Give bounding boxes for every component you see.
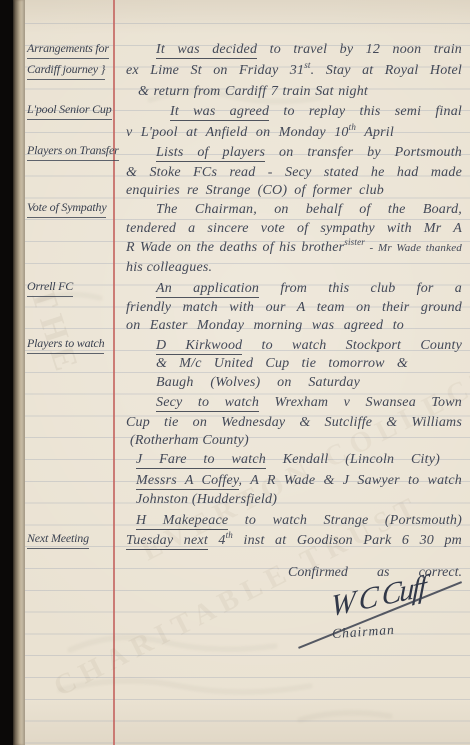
minute-book-page: THE EVERTON COLLECTION CHARITABLE TRUST … [0,0,470,745]
handwriting-text: R Wade on the deaths of his brother [126,240,344,255]
handwriting-text: (Rotherham County) [130,433,249,448]
margin-label: Next Meeting [27,530,89,549]
handwriting-line: Messrs A Coffey, A R Wade & J Sawyer to … [136,471,462,491]
handwriting-text: friendly match with our A team on their … [126,300,462,315]
underlined-phrase: H Makepeace [136,513,228,530]
handwriting-line: his colleagues. [126,258,266,278]
underlined-phrase: J Fare to watch [136,452,266,469]
handwriting-text: to watch Strange (Portsmouth) [228,513,462,528]
handwriting-text: to replay this semi final [269,104,462,119]
handwriting-line: R Wade on the deaths of his brothersiste… [126,238,462,258]
handwriting-text: 4 [208,533,226,548]
underlined-phrase: Tuesday next [126,533,208,550]
handwriting-text: - Mr Wade thanked [365,242,462,254]
underlined-phrase: It was agreed [170,104,269,121]
handwriting-text: v L'pool at Anfield on Monday 10 [126,125,349,140]
handwriting-line: An application from this club for a [156,279,462,299]
handwriting-line: D Kirkwood to watch Stockport County [156,336,462,356]
handwriting-line: on Easter Monday morning was agreed to [126,316,404,336]
handwriting-text: on transfer by Portsmouth [265,145,462,160]
handwriting-text: st [304,60,310,70]
handwriting-text: , A R Wade & J Sawyer to watch [239,473,462,488]
handwriting-text: & Stoke FCs read - Secy stated he had ma… [126,165,462,180]
handwriting-text: & M/c United Cup tie tomorrow & [156,356,408,371]
book-spine-edge [0,0,13,745]
handwriting-line: Baugh (Wolves) on Saturday [156,373,360,393]
handwriting-line: Lists of players on transfer by Portsmou… [156,143,462,163]
handwriting-line: friendly match with our A team on their … [126,298,462,318]
handwriting-text: ex Lime St on Friday 31 [126,63,304,78]
scanned-minute-book-screenshot: THE EVERTON COLLECTION CHARITABLE TRUST … [0,0,470,745]
handwriting-line: Secy to watch Wrexham v Swansea Town [156,393,462,413]
handwriting-text: his colleagues. [126,260,212,275]
handwriting-line: enquiries re Strange (CO) of former club [126,181,384,201]
underlined-phrase: Lists of players [156,145,265,162]
handwriting-line: (Rotherham County) [130,431,290,451]
handwriting-text: Johnston (Huddersfield) [136,492,277,507]
handwriting-line: It was decided to travel by 12 noon trai… [156,40,462,60]
underlined-phrase: Secy to watch [156,395,259,412]
margin-label: Players on Transfer [27,142,119,161]
handwriting-line: Cup tie on Wednesday & Sutcliffe & Willi… [126,413,462,433]
underlined-phrase: Messrs A Coffey [136,473,239,490]
handwriting-line: v L'pool at Anfield on Monday 10th April [126,123,394,143]
handwriting-text: to watch Stockport County [242,338,462,353]
handwriting-text: Cup tie on Wednesday & Sutcliffe & Willi… [126,415,462,430]
underlined-phrase: D Kirkwood [156,338,242,355]
handwriting-line: Johnston (Huddersfield) [136,490,336,510]
handwriting-text: The Chairman, on behalf of the Board, [156,202,462,217]
handwriting-text: inst at Goodison Park 6 30 pm [233,533,462,548]
handwriting-line: The Chairman, on behalf of the Board, [156,200,462,220]
handwriting-text: th [226,530,233,540]
margin-label: Vote of Sympathy [27,199,106,218]
underlined-phrase: An application [156,281,259,298]
margin-label: L'pool Senior Cup [27,101,112,120]
handwriting-text: Kendall (Lincoln City) [266,452,440,467]
handwriting-line: & Stoke FCs read - Secy stated he had ma… [126,163,462,183]
handwriting-line: J Fare to watch Kendall (Lincoln City) [136,450,440,470]
handwriting-text: & return from Cardiff 7 train Sat night [138,84,368,99]
handwriting-text: Wrexham v Swansea Town [259,395,462,410]
handwriting-text: sister [344,237,365,247]
handwriting-line: It was agreed to replay this semi final [170,102,462,122]
handwriting-line: ex Lime St on Friday 31st. Stay at Royal… [126,61,462,81]
handwriting-line: H Makepeace to watch Strange (Portsmouth… [136,511,462,531]
handwriting-line: tendered a sincere vote of sympathy with… [126,219,462,239]
handwriting-text: tendered a sincere vote of sympathy with… [126,221,462,236]
underlined-phrase: It was decided [156,42,257,59]
handwriting-line: & M/c United Cup tie tomorrow & [156,354,408,374]
handwriting-layer: Arrangements forCardiff journey }L'pool … [0,0,470,745]
confirmation-note: Confirmed as correct. [288,565,462,581]
handwriting-text: on Easter Monday morning was agreed to [126,318,404,333]
handwriting-text: . Stay at Royal Hotel [311,63,462,78]
handwriting-text: from this club for a [259,281,462,296]
handwriting-line: & return from Cardiff 7 train Sat night [138,82,368,102]
handwriting-text: th [349,122,356,132]
margin-label: Cardiff journey } [27,61,105,80]
handwriting-text: to travel by 12 noon train [257,42,462,57]
margin-label: Players to watch [27,335,104,354]
handwriting-text: enquiries re Strange (CO) of former club [126,183,384,198]
previous-page-edge [13,0,25,745]
margin-label: Orrell FC [27,278,73,297]
handwriting-line: Tuesday next 4th inst at Goodison Park 6… [126,531,462,551]
margin-label: Arrangements for [27,40,109,59]
handwriting-text: Baugh (Wolves) on Saturday [156,375,360,390]
handwriting-text: April [356,125,394,140]
